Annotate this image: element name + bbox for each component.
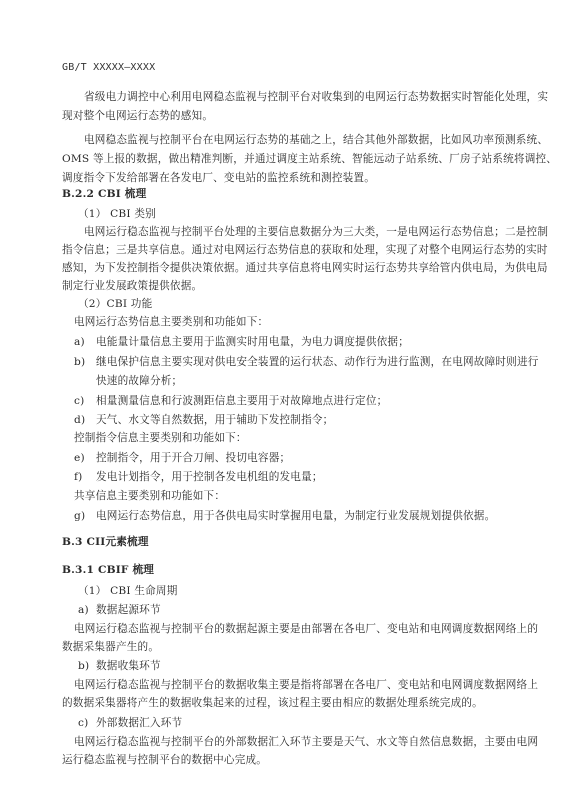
cbi-para-line4: 制定行业发展政策提供依据。 <box>62 279 202 293</box>
list-item-f: 发电计划指令，用于控制各发电机组的发电量； <box>96 470 323 484</box>
section-heading-b3: B.3 CII元素梳理 <box>62 535 149 549</box>
list-label-f: f) <box>74 470 82 484</box>
intro-p2-line1: 电网稳态监视与控制平台在电网运行态势的基础之上，结合其他外部数据，比如风功率预测… <box>84 133 548 147</box>
stage-title-a: 数据起源环节 <box>96 603 161 617</box>
subheading-cbi-function: （2）CBI 功能 <box>78 297 152 311</box>
cbi-para-line3: 感知，为下发控制指令提供决策依据。通过共享信息将电网实时运行态势共享给管内供电局… <box>62 261 548 275</box>
list-item-g: 电网运行态势信息，用于各供电局实时掌握用电量，为制定行业发展规划提供依据。 <box>96 509 495 523</box>
list-item-b-line2: 快速的故障分析； <box>96 374 182 388</box>
list-label-c: c) <box>74 394 84 408</box>
intro-p1-line2: 现对整个电网运行态势的感知。 <box>62 109 213 123</box>
stage-c-para-line2: 运行稳态监视与控制平台的数据中心完成。 <box>62 753 267 767</box>
stage-label-c: c) <box>78 716 88 730</box>
intro-p2-line2: OMS 等上报的数据，做出精准判断，并通过调度主站系统、智能远动子站系统、厂房子… <box>62 152 557 166</box>
share-intro: 共享信息主要类别和功能如下： <box>74 489 225 503</box>
cbi-para-line1: 电网运行稳态监视与控制平台处理的主要信息数据分为三大类，一是电网运行态势信息；二… <box>84 225 548 239</box>
list-label-b: b) <box>74 355 85 369</box>
list-item-e: 控制指令，用于开合刀闸、投切电容器； <box>96 451 290 465</box>
list-label-g: g) <box>74 509 85 523</box>
standard-code-header: GB/T XXXXX—XXXX <box>62 61 155 75</box>
stage-title-b: 数据收集环节 <box>96 659 161 673</box>
list-item-b-line1: 继电保护信息主要实现对供电安全装置的运行状态、动作行为进行监测，在电网故障时则进… <box>96 355 539 369</box>
section-heading-b22: B.2.2 CBI 梳理 <box>62 187 146 201</box>
stage-b-para-line1: 电网运行稳态监视与控制平台的数据收集主要是指将部署在各电厂、变电站和电网调度数据… <box>74 678 538 692</box>
cbi-para-line2: 指令信息；三是共享信息。通过对电网运行态势信息的获取和处理，实现了对整个电网运行… <box>62 243 548 257</box>
list-item-d: 天气、水文等自然数据，用于辅助下发控制指令； <box>96 413 333 427</box>
list-label-d: d) <box>74 413 85 427</box>
control-intro: 控制指令信息主要类别和功能如下： <box>74 431 247 445</box>
stage-label-a: a) <box>78 603 89 617</box>
list-label-a: a) <box>74 335 85 349</box>
subheading-cbi-category: （1） CBI 类别 <box>78 207 156 221</box>
intro-p2-line3: 调度指令下发给部署在各发电厂、变电站的监控系统和测控装置。 <box>62 171 375 185</box>
subheading-cbi-lifecycle: （1） CBI 生命周期 <box>78 584 178 598</box>
stage-a-para-line1: 电网运行稳态监视与控制平台的数据起源主要是由部署在各电厂、变电站和电网调度数据网… <box>74 622 538 636</box>
list-item-c: 相量测量信息和行波测距信息主要用于对故障地点进行定位； <box>96 394 387 408</box>
list-item-a: 电能量计量信息主要用于监测实时用电量，为电力调度提供依据； <box>96 335 409 349</box>
list-label-e: e) <box>74 451 85 465</box>
stage-title-c: 外部数据汇入环节 <box>96 716 182 730</box>
intro-p1-line1: 省级电力调控中心利用电网稳态监视与控制平台对收集到的电网运行态势数据实时智能化处… <box>84 90 548 104</box>
stage-c-para-line1: 电网运行稳态监视与控制平台的外部数据汇入环节主要是天气、水文等自然信息数据，主要… <box>74 735 538 749</box>
grid-info-intro: 电网运行态势信息主要类别和功能如下： <box>74 315 268 329</box>
stage-a-para-line2: 数据采集器产生的。 <box>62 640 159 654</box>
stage-b-para-line2: 的数据采集器将产生的数据收集起来的过程，该过程主要由相应的数据处理系统完成的。 <box>62 696 483 710</box>
section-heading-b31: B.3.1 CBIF 梳理 <box>62 563 154 577</box>
stage-label-b: b) <box>78 659 89 673</box>
